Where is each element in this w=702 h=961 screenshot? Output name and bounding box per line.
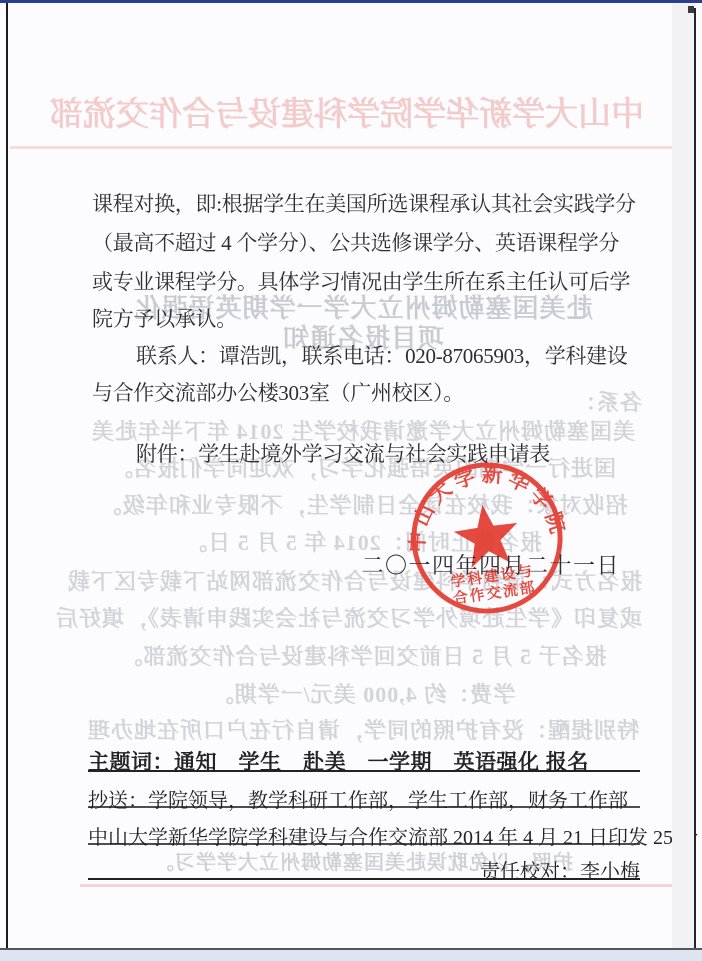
attachment-line: 附件：学生赴境外学习交流与社会实践申请表	[92, 438, 684, 468]
bleedthrough-letterhead-rule	[10, 146, 678, 149]
footer-rule	[88, 843, 640, 845]
body-line: （最高不超过 4 个学分）、公共选修课学分、英语课程学分	[92, 227, 640, 257]
footer-rule	[88, 878, 640, 880]
scan-corner-mark	[688, 6, 694, 13]
body-line: 课程对换，即:根据学生在美国所选课程承认其社会实践学分	[92, 188, 640, 218]
body-line: 或专业课程学分。具体学习情况由学生所在系主任认可后学	[92, 266, 640, 296]
contact-line: 联系人：谭浩凯，联系电话：020-87065903，学科建设	[92, 340, 684, 370]
bleedthrough-line: 学费：约 4,000 美元/一学期。	[84, 678, 642, 709]
bleedthrough-rule	[80, 884, 672, 887]
bleedthrough-line: 报名于 5 月 5 日前交回学科建设与合作交流部。	[84, 640, 642, 671]
scan-edge-left	[6, 3, 8, 950]
scan-edge-right	[694, 8, 696, 950]
date-line: 二〇一四年四月二十一日	[361, 549, 620, 580]
scan-strip-bottom	[0, 950, 702, 961]
footer-rule	[88, 806, 640, 808]
contact-line: 与合作交流部办公楼303室（广州校区）。	[92, 377, 640, 407]
scan-edge-top	[0, 0, 702, 3]
official-seal: 中山大学新华学院 学科建设与 合作交流部	[398, 449, 576, 627]
scan-margin-right	[672, 3, 694, 950]
bleedthrough-line: 特别提醒：没有护照的同学，请自行在户口所在地办理	[84, 714, 642, 745]
footer-rule	[88, 770, 640, 772]
cc-line: 抄送：学院领导，教学科研工作部，学生工作部，财务工作部	[88, 784, 640, 813]
print-info-line: 中山大学新华学院学科建设与合作交流部 2014 年 4 月 21 日印发 25 …	[88, 821, 640, 850]
bleedthrough-letterhead: 中山大学新华学院学科建设与合作交流部	[84, 88, 644, 135]
scanned-page: 中山大学新华学院学科建设与合作交流部 赴美国塞勒姆州立大学一学期英语强化 项目报…	[0, 0, 702, 951]
body-line: 院方予以承认。	[92, 303, 640, 333]
